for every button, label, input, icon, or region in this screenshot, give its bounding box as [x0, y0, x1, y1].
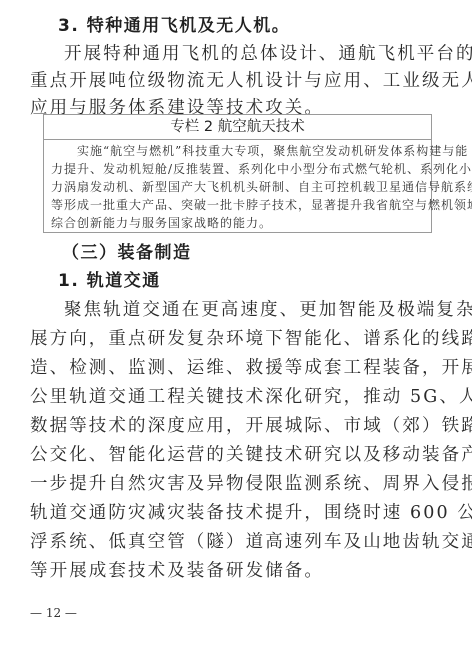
column-box-line: 实施“航空与燃机”科技重大专项，聚焦航空发动机研发体系构建与能 — [77, 143, 424, 159]
subsection-1-paragraph-line: 公里轨道交通工程关键技术深化研究，推动 5G、人工智能、大 — [30, 386, 442, 408]
column-box-line: 力提升、发动机短舱/反推装置、系列化中小型分布式燃气轮机、系列化小推 — [51, 161, 424, 177]
subsection-1-paragraph-line: 一步提升自然灾害及异物侵限监测系统、周界入侵报警系统等 — [30, 473, 442, 495]
subsection-1-paragraph-line: 浮系统、低真空管（隧）道高速列车及山地齿轨交通等新制式 — [30, 531, 442, 553]
subsection-1-paragraph-line: 数据等技术的深度应用，开展城际、市域（郊）铁路网络化、 — [30, 415, 442, 437]
document-page: 3. 特种通用飞机及无人机。 开展特种通用飞机的总体设计、通航飞机平台的加改装；… — [0, 0, 472, 650]
section-3-heading: 3. 特种通用飞机及无人机。 — [58, 15, 290, 37]
section-3-paragraph-line: 开展特种通用飞机的总体设计、通航飞机平台的加改装； — [64, 43, 442, 65]
column-box-title: 专栏 2 航空航天技术 — [44, 115, 431, 140]
column-box-aerospace: 专栏 2 航空航天技术 实施“航空与燃机”科技重大专项，聚焦航空发动机研发体系构… — [43, 114, 432, 233]
subsection-1-paragraph-line: 轨道交通防灾减灾装备技术提升，围绕时速 600 公里级高速磁 — [30, 502, 442, 524]
column-box-line: 等形成一批重大产品、突破一批卡脖子技术，显著提升我省航空与燃机领域 — [51, 197, 424, 213]
section-3-paragraph-line: 重点开展吨位级物流无人机设计与应用、工业级无人机设计、 — [30, 70, 442, 92]
subsection-1-heading: 1. 轨道交通 — [58, 270, 161, 292]
subsection-1-paragraph-line: 公交化、智能化运营的关键技术研究以及移动装备产业化，进 — [30, 444, 442, 466]
page-number: — 12 — — [30, 606, 77, 620]
subsection-1-paragraph-line: 展方向，重点研发复杂环境下智能化、谱系化的线路勘察、建 — [30, 328, 442, 350]
subsection-1-paragraph-line: 造、检测、监测、运维、救援等成套工程装备，开展时速 400 — [30, 357, 442, 379]
subsection-1-paragraph-line: 等开展成套技术及装备研发储备。 — [30, 560, 442, 582]
column-box-line: 综合创新能力与服务国家战略的能力。 — [51, 215, 424, 231]
section-equipment-heading: （三）装备制造 — [62, 242, 192, 264]
subsection-1-paragraph-line: 聚焦轨道交通在更高速度、更加智能及极端复杂环境等发 — [64, 299, 442, 321]
column-box-line: 力涡扇发动机、新型国产大飞机机头研制、自主可控机载卫星通信导航系统 — [51, 179, 424, 195]
